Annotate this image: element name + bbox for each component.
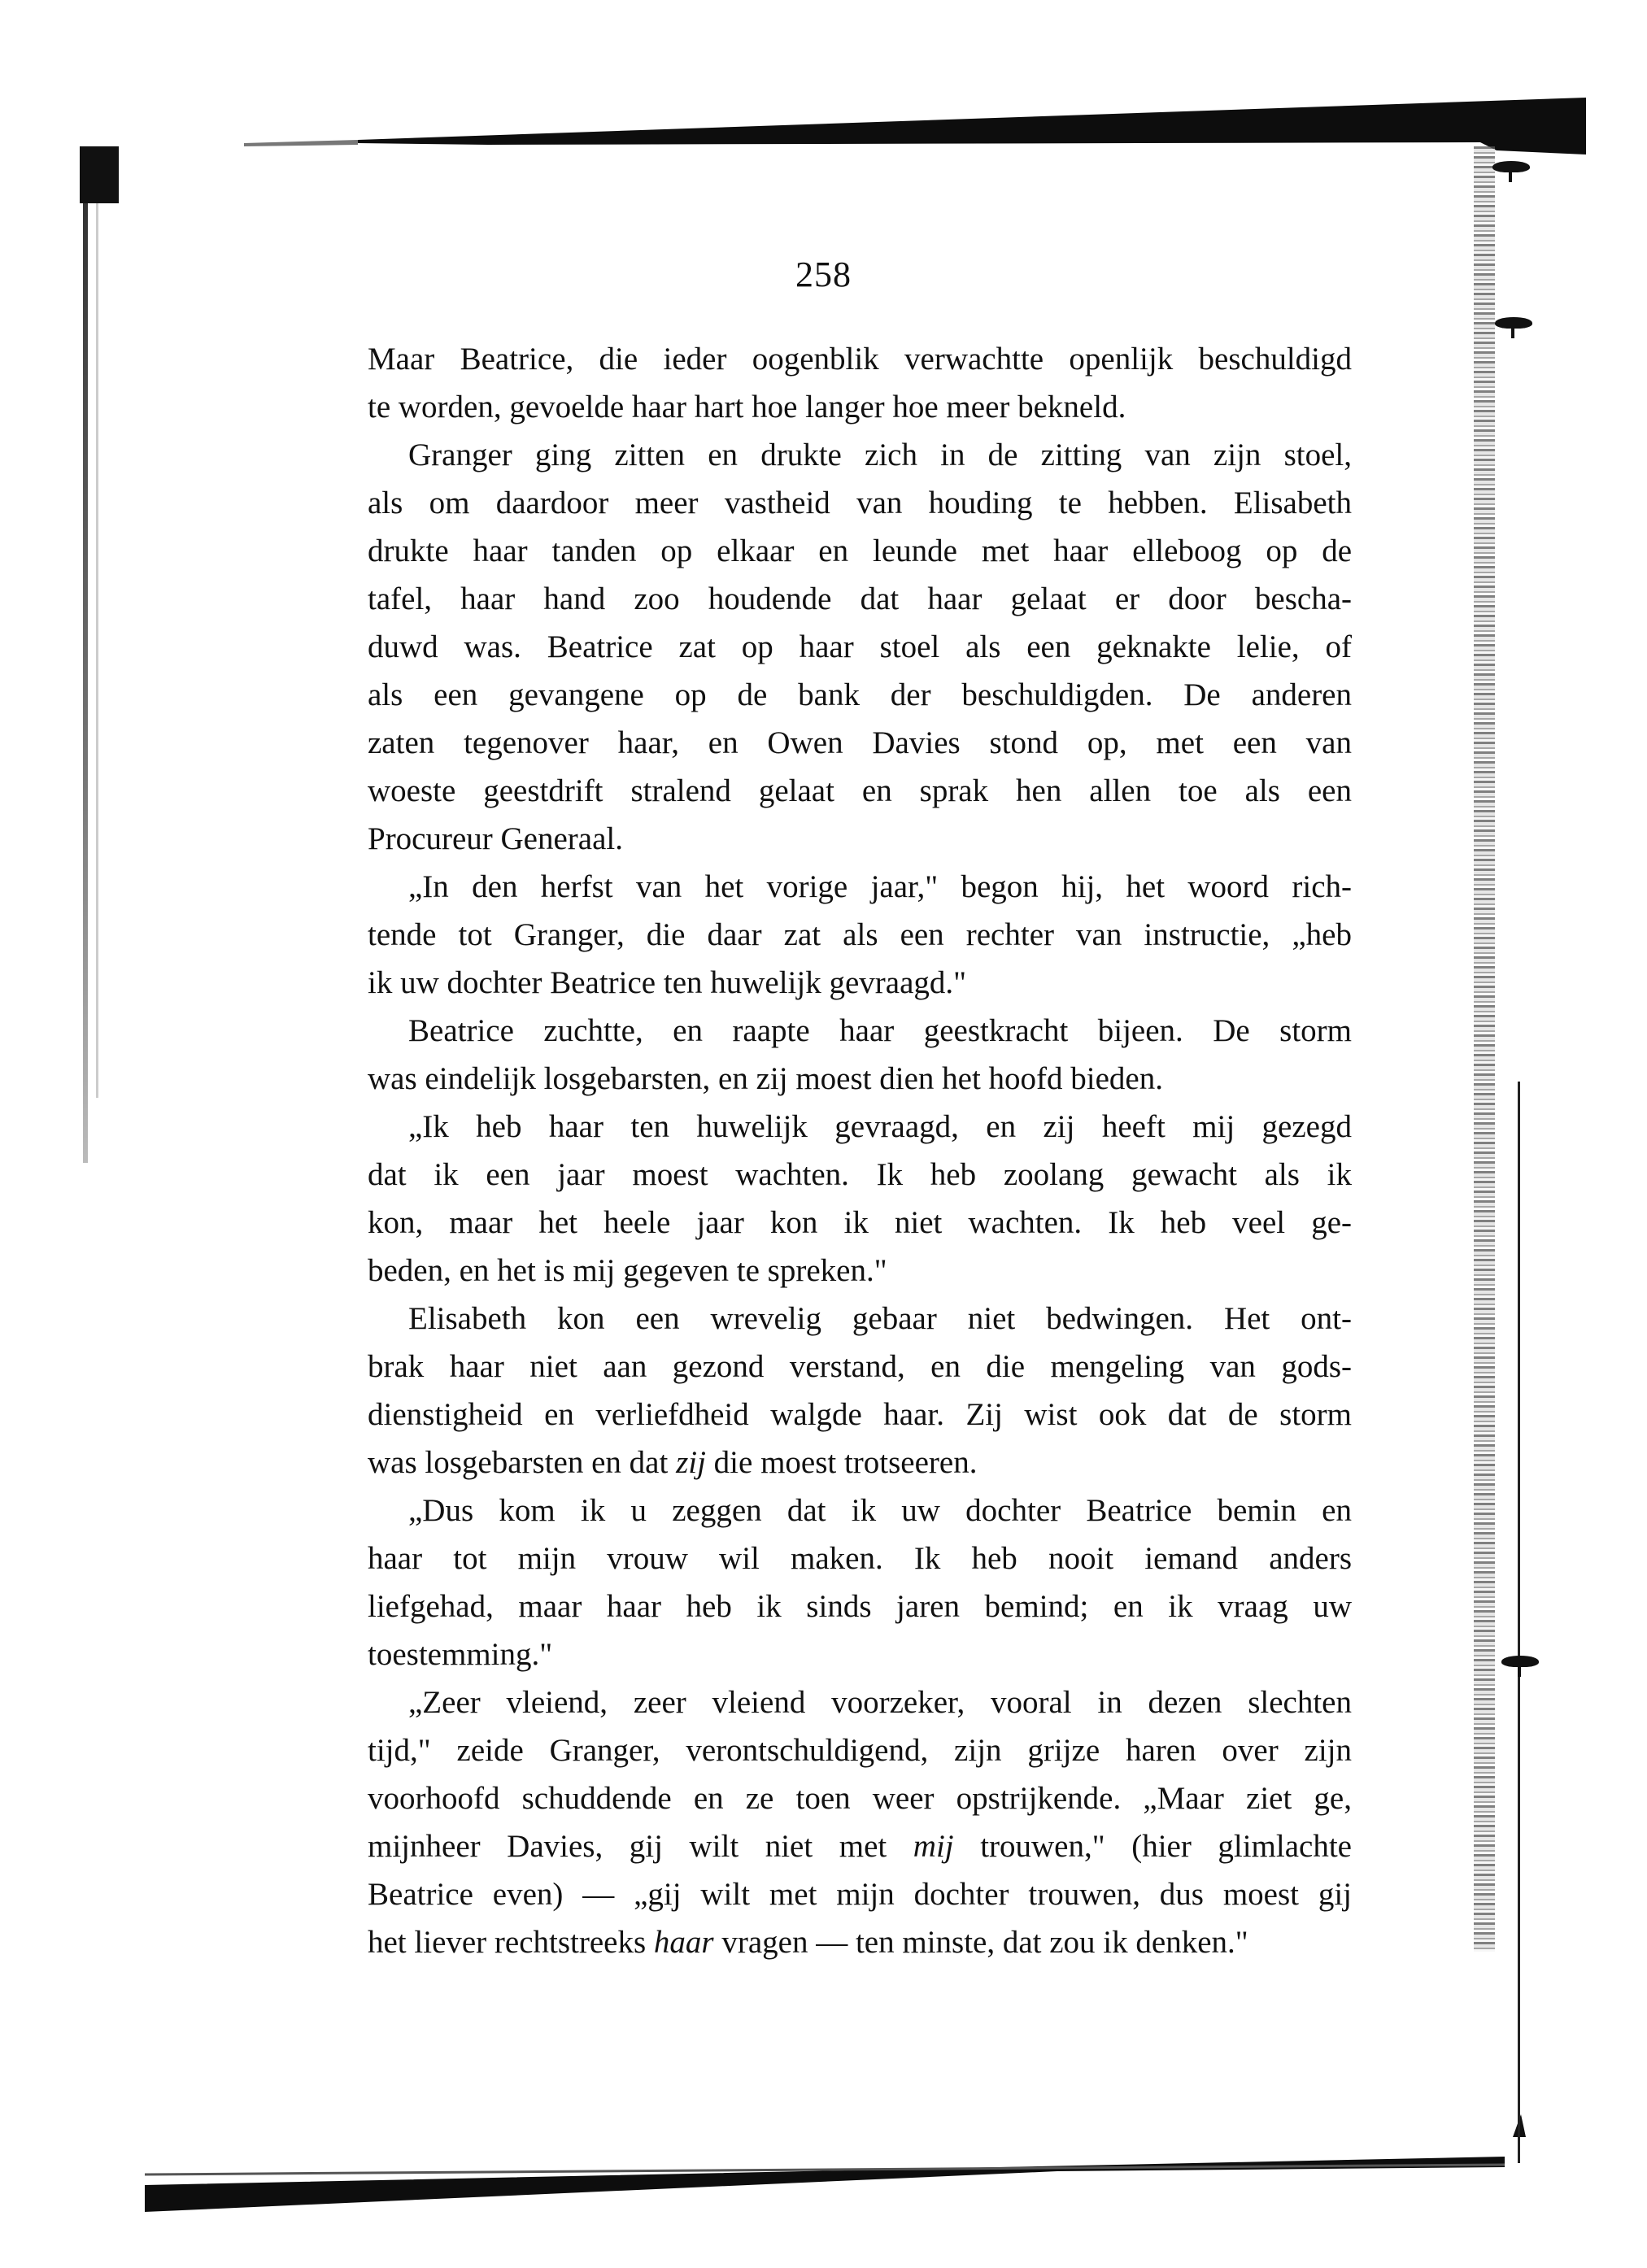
ink-blot-icon: [1495, 317, 1532, 329]
text-line: tende tot Granger, die daar zat als een …: [368, 911, 1352, 959]
left-binding-bar: [80, 146, 119, 203]
text-line: brak haar niet aan gezond verstand, en d…: [368, 1343, 1352, 1391]
text-line: tafel, haar hand zoo houdende dat haar g…: [368, 575, 1352, 623]
text-line: toestemming.": [368, 1630, 1352, 1678]
text-line: Maar Beatrice, die ieder oogenblik verwa…: [368, 335, 1352, 383]
paragraph: „Zeer vleiend, zeer vleiend voorzeker, v…: [368, 1678, 1352, 1966]
text-line: duwd was. Beatrice zat op haar stoel als…: [368, 623, 1352, 671]
text-line: als om daardoor meer vastheid van houdin…: [368, 479, 1352, 527]
text-line: voorhoofd schuddende en ze toen weer ops…: [368, 1774, 1352, 1822]
ink-blot-icon: [1501, 1656, 1539, 1667]
text-line: kon, maar het heele jaar kon ik niet wac…: [368, 1199, 1352, 1247]
paragraph: Elisabeth kon een wrevelig gebaar niet b…: [368, 1295, 1352, 1487]
text-line: tijd," zeide Granger, verontschuldigend,…: [368, 1726, 1352, 1774]
text-line: woeste geestdrift stralend gelaat en spr…: [368, 767, 1352, 815]
text-line: „In den herfst van het vorige jaar," beg…: [368, 863, 1352, 911]
text-line: „Ik heb haar ten huwelijk gevraagd, en z…: [368, 1103, 1352, 1151]
text-line: zaten tegenover haar, en Owen Davies sto…: [368, 719, 1352, 767]
paragraph: Granger ging zitten en drukte zich in de…: [368, 431, 1352, 863]
text-line: „Dus kom ik u zeggen dat ik uw dochter B…: [368, 1487, 1352, 1534]
text-line: Procureur Generaal.: [368, 815, 1352, 863]
text-line: was losgebarsten en dat zij die moest tr…: [368, 1439, 1352, 1487]
text-line: „Zeer vleiend, zeer vleiend voorzeker, v…: [368, 1678, 1352, 1726]
page-number: 258: [0, 254, 1647, 295]
text-line: mijnheer Davies, gij wilt niet met mij t…: [368, 1822, 1352, 1870]
text-line: ik uw dochter Beatrice ten huwelijk gevr…: [368, 959, 1352, 1007]
left-margin-shadow: [96, 203, 98, 1098]
ink-blot-icon: [1492, 161, 1530, 172]
paragraph: Beatrice zuchtte, en raapte haar geestkr…: [368, 1007, 1352, 1103]
left-margin-line: [83, 203, 88, 1163]
text-line: liefgehad, maar haar heb ik sinds jaren …: [368, 1582, 1352, 1630]
text-line: was eindelijk losgebarsten, en zij moest…: [368, 1055, 1352, 1103]
body-text: Maar Beatrice, die ieder oogenblik verwa…: [368, 335, 1352, 1966]
text-line: haar tot mijn vrouw wil maken. Ik heb no…: [368, 1534, 1352, 1582]
paragraph: „Dus kom ik u zeggen dat ik uw dochter B…: [368, 1487, 1352, 1678]
paragraph: „Ik heb haar ten huwelijk gevraagd, en z…: [368, 1103, 1352, 1295]
paragraph: „In den herfst van het vorige jaar," beg…: [368, 863, 1352, 1007]
right-binding-shadow: [1474, 146, 1495, 1952]
text-line: te worden, gevoelde haar hart hoe langer…: [368, 383, 1352, 431]
text-line: dat ik een jaar moest wachten. Ik heb zo…: [368, 1151, 1352, 1199]
paragraph: Maar Beatrice, die ieder oogenblik verwa…: [368, 335, 1352, 431]
text-line: als een gevangene op de bank der beschul…: [368, 671, 1352, 719]
text-line: beden, en het is mij gegeven te spreken.…: [368, 1247, 1352, 1295]
text-line: het liever rechtstreeks haar vragen — te…: [368, 1918, 1352, 1966]
text-line: Granger ging zitten en drukte zich in de…: [368, 431, 1352, 479]
text-line: Beatrice even) — „gij wilt met mijn doch…: [368, 1870, 1352, 1918]
scanned-book-page: 258 Maar Beatrice, die ieder oogenblik v…: [0, 0, 1647, 2268]
text-line: dienstigheid en verliefdheid walgde haar…: [368, 1391, 1352, 1439]
text-line: drukte haar tanden op elkaar en leunde m…: [368, 527, 1352, 575]
right-margin-line: [1518, 1082, 1520, 2163]
text-line: Beatrice zuchtte, en raapte haar geestkr…: [368, 1007, 1352, 1055]
text-line: Elisabeth kon een wrevelig gebaar niet b…: [368, 1295, 1352, 1343]
